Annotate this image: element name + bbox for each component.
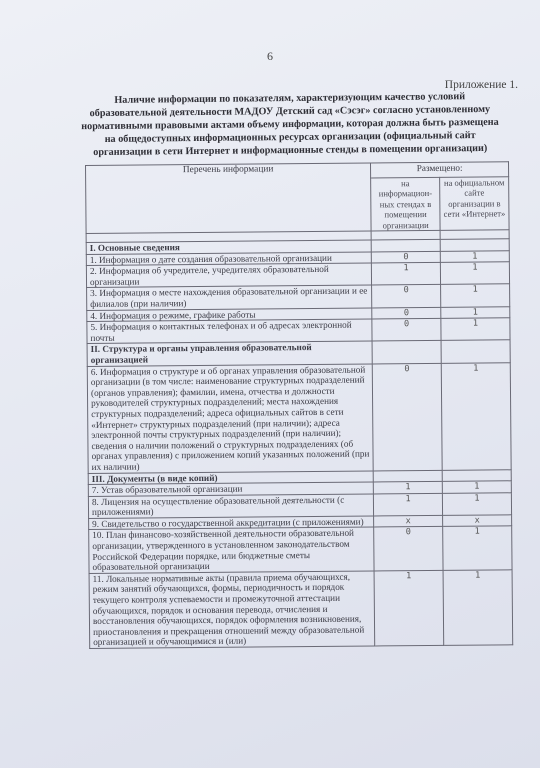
stands-value: 0 bbox=[372, 307, 441, 319]
website-value: 1 bbox=[441, 318, 510, 341]
header-information-list: Перечень информации bbox=[86, 163, 372, 234]
header-placed: Размещено: bbox=[371, 162, 509, 178]
website-value: 1 bbox=[443, 570, 513, 646]
empty-cell bbox=[440, 239, 509, 251]
website-value: 1 bbox=[441, 306, 510, 318]
website-value: 1 bbox=[441, 284, 510, 307]
stands-value: 1 bbox=[374, 493, 443, 516]
stands-value: 1 bbox=[374, 570, 444, 646]
stands-value: 1 bbox=[372, 263, 441, 286]
document-page: 6 Приложение 1. Наличие информации по по… bbox=[0, 0, 540, 768]
stands-value: 1 bbox=[373, 481, 442, 493]
item-text: 5. Информация о контактных телефонах и о… bbox=[87, 319, 372, 344]
item-text: 2. Информация об учредителе, учредителях… bbox=[86, 263, 371, 288]
website-value: 1 bbox=[442, 492, 511, 515]
stands-value: 0 bbox=[372, 363, 442, 471]
item-text: 8. Лицензия на осуществление образовател… bbox=[88, 494, 373, 519]
empty-cell bbox=[371, 239, 440, 251]
website-value: 1 bbox=[440, 262, 509, 285]
item-text: 3. Информация о месте нахождения образов… bbox=[87, 285, 372, 310]
website-value: 1 bbox=[442, 481, 511, 493]
header-stands: на информацион-ных стендах в помещении о… bbox=[371, 177, 440, 231]
empty-cell bbox=[441, 340, 510, 363]
table-body: I. Основные сведения1. Информация о дате… bbox=[86, 239, 513, 649]
stands-value: 0 bbox=[374, 527, 443, 571]
document-heading: Наличие информации по показателям, харак… bbox=[80, 90, 501, 159]
item-text: 6. Информация о структуре и об органах у… bbox=[87, 364, 373, 473]
website-value: 1 bbox=[443, 526, 512, 570]
table-row: 10. План финансово-хозяйственной деятель… bbox=[89, 526, 512, 573]
stands-value: 0 bbox=[371, 251, 440, 263]
stands-value: 0 bbox=[372, 285, 441, 308]
item-text: 10. План финансово-хозяйственной деятель… bbox=[89, 527, 375, 573]
page-number: 6 bbox=[0, 49, 540, 64]
stands-value: x bbox=[374, 515, 443, 527]
empty-cell bbox=[442, 469, 511, 481]
information-table: Перечень информации Размещено: на информ… bbox=[85, 161, 513, 649]
empty-cell bbox=[373, 470, 442, 482]
website-value: 1 bbox=[440, 250, 509, 262]
table-row: 6. Информация о структуре и об органах у… bbox=[87, 362, 511, 473]
item-text: 11. Локальные нормативные акты (правила … bbox=[89, 571, 375, 649]
website-value: 1 bbox=[441, 362, 511, 470]
stands-value: 0 bbox=[372, 319, 441, 342]
header-website: на официальном сайте организации в сети … bbox=[440, 177, 509, 231]
section-title: II. Структура и органы управления образо… bbox=[87, 341, 372, 366]
table-row: 11. Локальные нормативные акты (правила … bbox=[89, 570, 513, 649]
website-value: x bbox=[443, 515, 512, 527]
empty-cell bbox=[372, 341, 441, 364]
